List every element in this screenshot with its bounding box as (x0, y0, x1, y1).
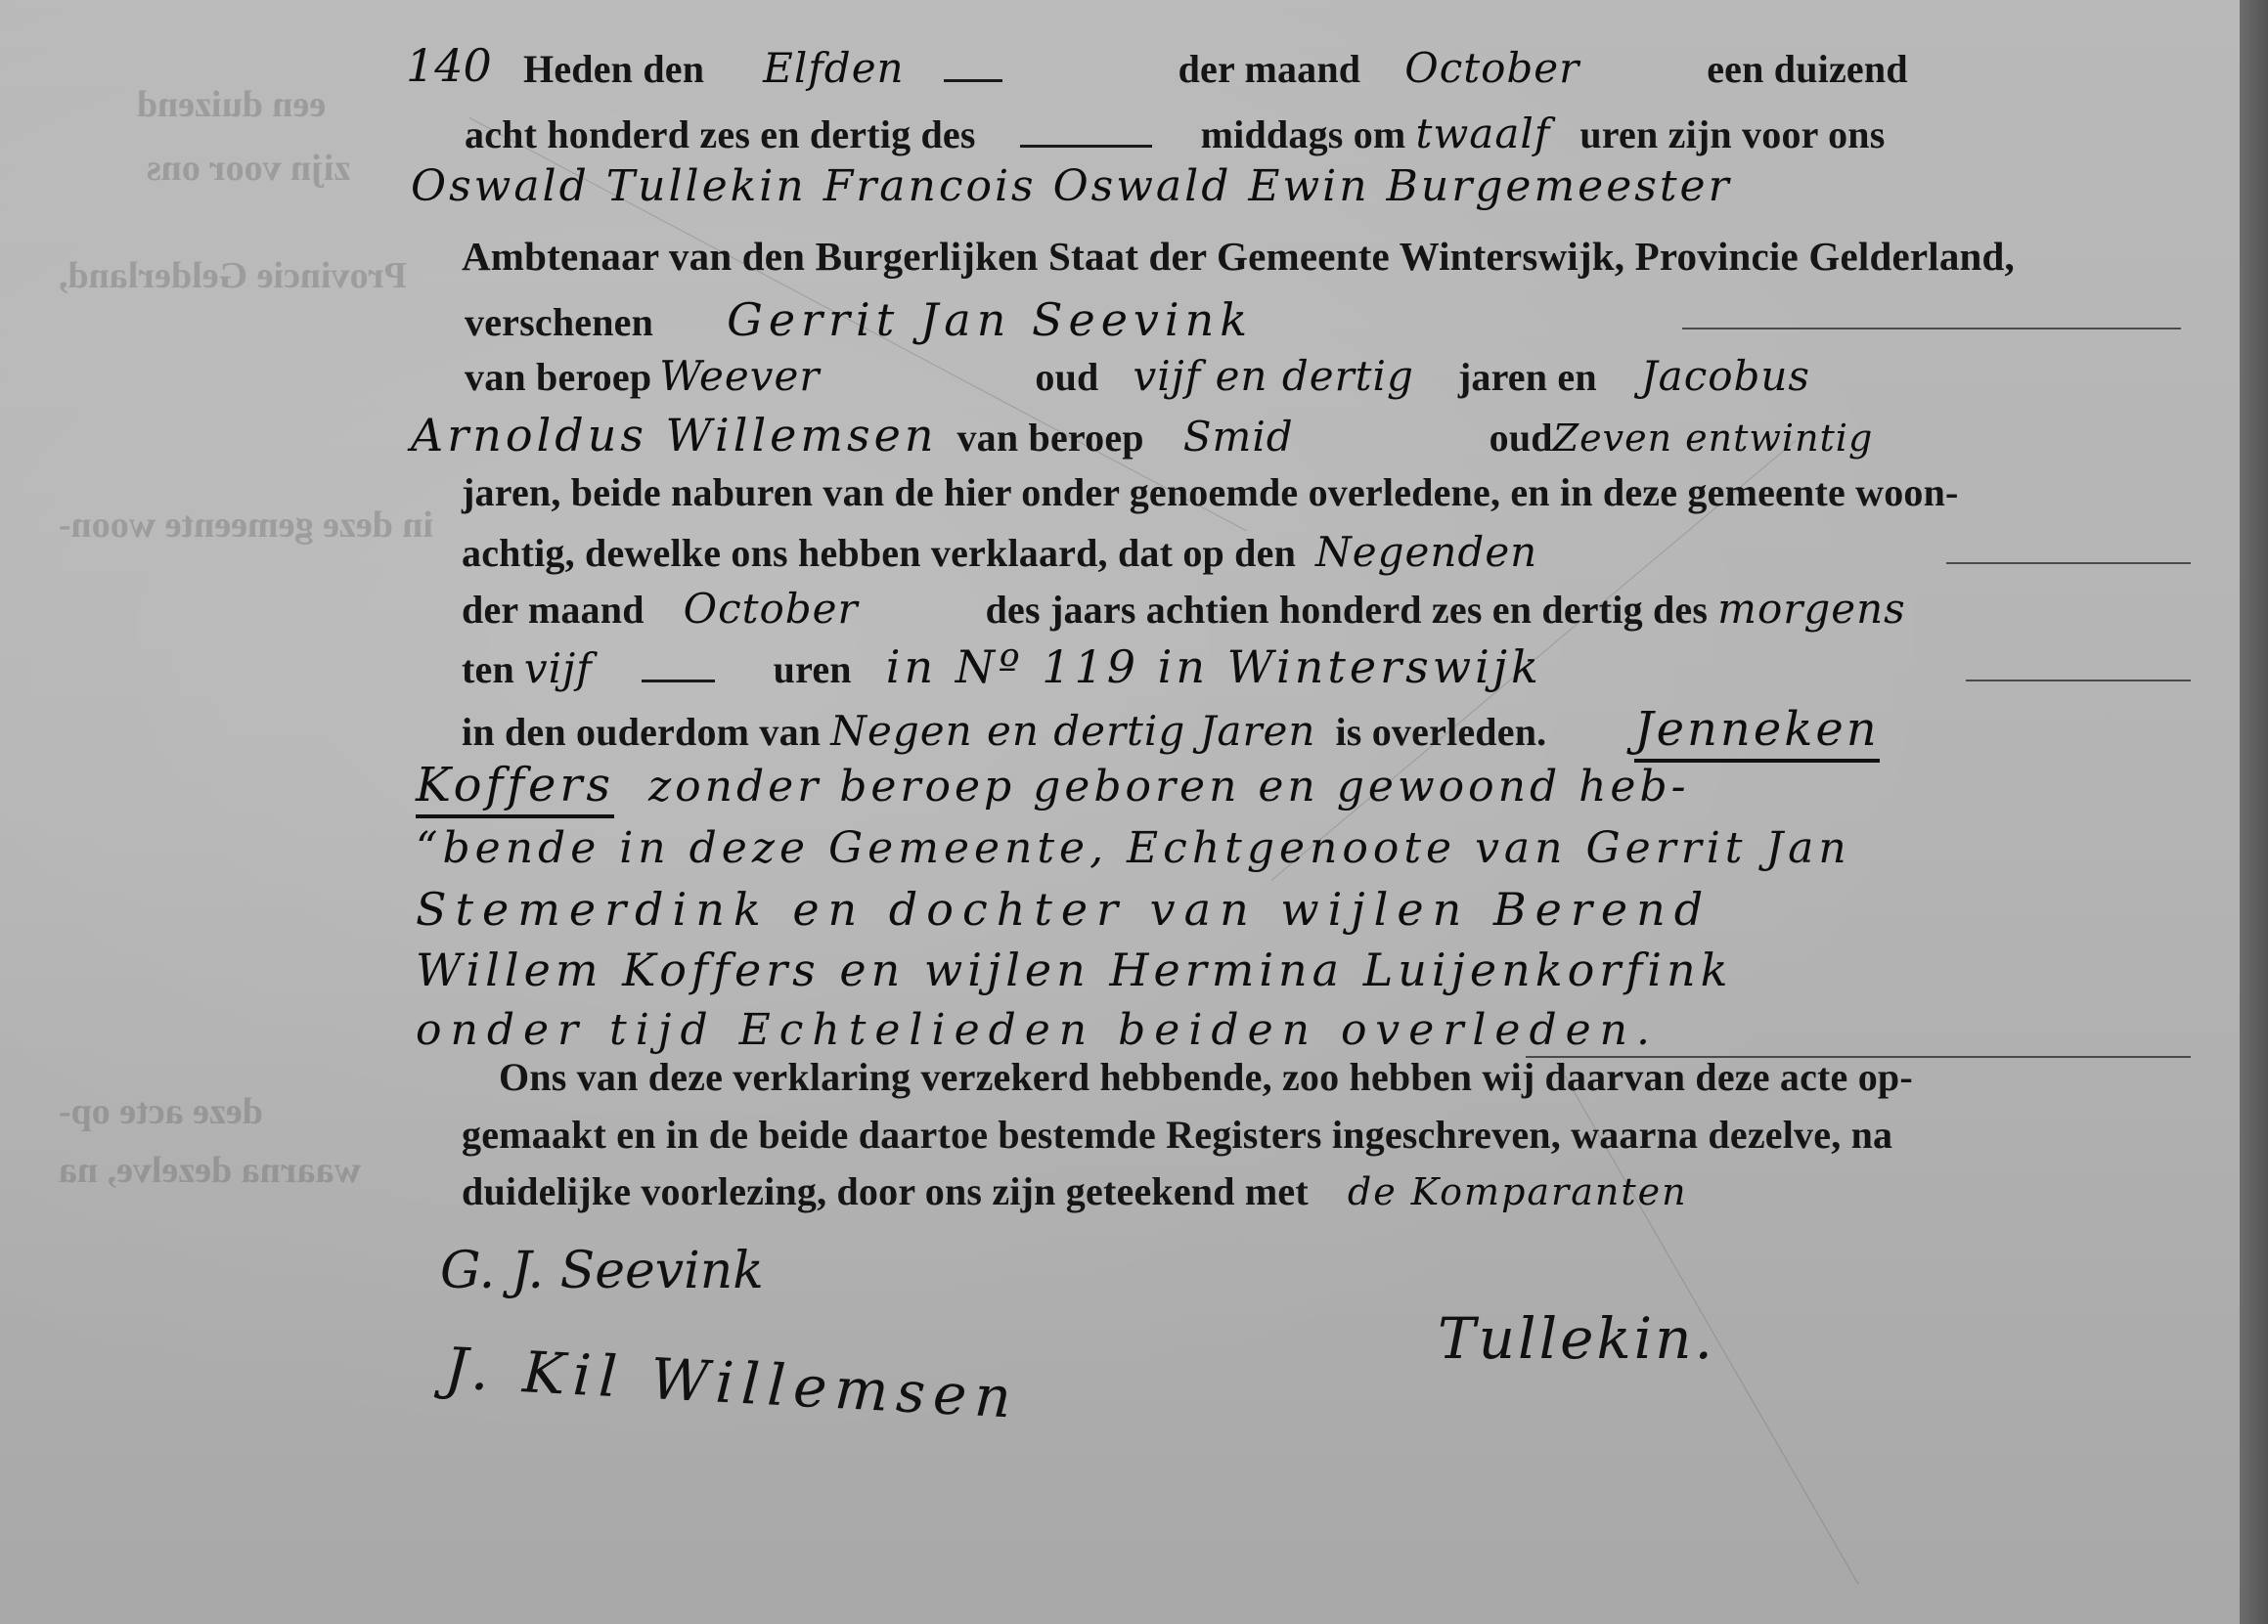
scan-border (2240, 0, 2268, 1624)
handwritten-death-hour: vijf (524, 644, 593, 692)
signature-witness-2: J. Kil Willemsen (443, 1335, 1020, 1431)
fill-dash (1020, 145, 1152, 148)
handwritten-signed-with: de Komparanten (1348, 1170, 1688, 1213)
form-line-1: Heden den Elfden der maand October een d… (523, 44, 1908, 92)
printed-text: van beroep (956, 415, 1143, 461)
form-line-19: gemaakt en in de beide daartoe bestemde … (462, 1112, 1892, 1158)
printed-text: der maand (462, 587, 645, 633)
printed-text: Ons van deze verklaring verzekerd hebben… (499, 1054, 1913, 1100)
fill-rule (1966, 680, 2191, 681)
signature-official: Tullekin. (1438, 1305, 1715, 1372)
fill-rule (1682, 328, 2181, 329)
form-line-14: “bende in deze Gemeente, Echtgenoote van… (416, 823, 1851, 873)
handwritten-time-of-day: morgens (1717, 585, 1906, 633)
printed-text: uren zijn voor ons (1579, 111, 1885, 157)
form-line-18: Ons van deze verklaring verzekerd hebben… (499, 1054, 1913, 1100)
bleed-through-text: Provincie Gelderland, (59, 254, 407, 297)
printed-text: in den ouderdom van (462, 709, 821, 755)
printed-text: oud (1035, 354, 1098, 400)
handwritten-deceased-details: “bende in deze Gemeente, Echtgenoote van… (416, 823, 1851, 873)
handwritten-witness-1: Gerrit Jan Seevink (727, 293, 1253, 346)
signature-witness-1: G. J. Seevink (440, 1242, 764, 1300)
record-number-value: 140 (406, 39, 492, 92)
form-line-6: van beroep Weever oud vijf en dertig jar… (465, 352, 1810, 400)
printed-text: van beroep (465, 354, 651, 400)
handwritten-age-1: vijf en dertig (1134, 352, 1414, 400)
form-line-8: jaren, beide naburen van de hier onder g… (462, 469, 1959, 515)
form-line-4: Ambtenaar van den Burgerlijken Staat der… (462, 233, 2015, 280)
printed-text: verschenen (465, 299, 653, 345)
bleed-through-text: zijn voor ons (147, 147, 350, 190)
handwritten-witness-2-first: Jacobus (1641, 352, 1810, 400)
document-page: een duizend zijn voor ons Provincie Geld… (0, 0, 2240, 1624)
handwritten-death-place: in Nº 119 in Winterswijk (886, 640, 1542, 693)
form-line-2: acht honderd zes en dertig des middags o… (465, 110, 1886, 157)
handwritten-month: October (1404, 44, 1579, 92)
form-line-17: onder tijd Echtelieden beiden overleden. (416, 1005, 1659, 1055)
handwritten-occupation-2: Smid (1183, 413, 1294, 461)
handwritten-day: Elfden (763, 44, 904, 92)
form-line-12: in den ouderdom van Negen en dertig Jare… (462, 702, 1880, 763)
handwritten-witness-2-name: Arnoldus Willemsen (411, 409, 937, 461)
form-line-15: Stemerdink en dochter van wijlen Berend (416, 883, 1712, 936)
form-line-5: verschenen Gerrit Jan Seevink (465, 293, 1253, 346)
handwritten-deceased-surname: Koffers (416, 758, 614, 818)
bleed-through-text: in deze gemeente woon- (59, 504, 433, 547)
printed-text: acht honderd zes en dertig des (465, 111, 976, 157)
printed-text: uren (774, 646, 852, 692)
handwritten-death-age: Negen en dertig Jaren (830, 707, 1315, 755)
handwritten-death-month: October (684, 585, 859, 633)
fill-dash (642, 680, 715, 682)
bleed-through-text: een duizend (137, 83, 326, 126)
handwritten-occupation-1: Weever (659, 352, 820, 400)
form-line-9: achtig, dewelke ons hebben verklaard, da… (462, 528, 1537, 576)
form-line-13: Koffers zonder beroep geboren en gewoond… (416, 758, 1690, 818)
handwritten-parents: Willem Koffers en wijlen Hermina Luijenk… (416, 944, 1733, 996)
printed-text: een duizend (1707, 46, 1908, 92)
printed-text: jaren, beide naburen van de hier onder g… (462, 469, 1959, 515)
form-line-16: Willem Koffers en wijlen Hermina Luijenk… (416, 944, 1733, 996)
handwritten-age-2: Zeven entwintig (1553, 417, 1874, 460)
fill-dash (944, 79, 1002, 82)
record-number: 140 (406, 39, 492, 92)
printed-text: is overleden. (1335, 709, 1546, 755)
handwritten-official-name: Oswald Tullekin Francois Oswald Ewin Bur… (411, 161, 1732, 211)
handwritten-deceased-first-name: Jenneken (1634, 702, 1879, 763)
fill-rule (1946, 562, 2191, 564)
form-line-3: Oswald Tullekin Francois Oswald Ewin Bur… (411, 161, 1732, 211)
printed-text: ten (462, 646, 514, 692)
printed-text: duidelijke voorlezing, door ons zijn get… (462, 1168, 1309, 1214)
printed-text: der maand (1178, 46, 1361, 92)
handwritten-deceased-details: Stemerdink en dochter van wijlen Berend (416, 883, 1712, 936)
form-line-11: ten vijf uren in Nº 119 in Winterswijk (462, 640, 1542, 693)
printed-text: des jaars achtien honderd zes en dertig … (986, 587, 1709, 633)
printed-text: gemaakt en in de beide daartoe bestemde … (462, 1112, 1892, 1158)
bleed-through-text: waarna dezelve, na (59, 1149, 361, 1192)
printed-text: jaren en (1458, 354, 1597, 400)
printed-text: achtig, dewelke ons hebben verklaard, da… (462, 530, 1296, 576)
bleed-through-text: deze acte op- (59, 1090, 263, 1133)
printed-text: Ambtenaar van den Burgerlijken Staat der… (462, 233, 2015, 280)
printed-text: oud (1490, 415, 1553, 461)
handwritten-hour: twaalf (1415, 110, 1550, 157)
handwritten-deceased-details: zonder beroep geboren en gewoond heb- (648, 762, 1690, 812)
form-line-7: Arnoldus Willemsen van beroep Smid oud Z… (411, 409, 1873, 461)
handwritten-parents-status: onder tijd Echtelieden beiden overleden. (416, 1005, 1659, 1055)
form-line-10: der maand October des jaars achtien hond… (462, 585, 1906, 633)
form-line-20: duidelijke voorlezing, door ons zijn get… (462, 1168, 1688, 1214)
handwritten-death-day: Negenden (1315, 528, 1537, 576)
printed-text: Heden den (523, 46, 704, 92)
printed-text: middags om (1201, 111, 1406, 157)
